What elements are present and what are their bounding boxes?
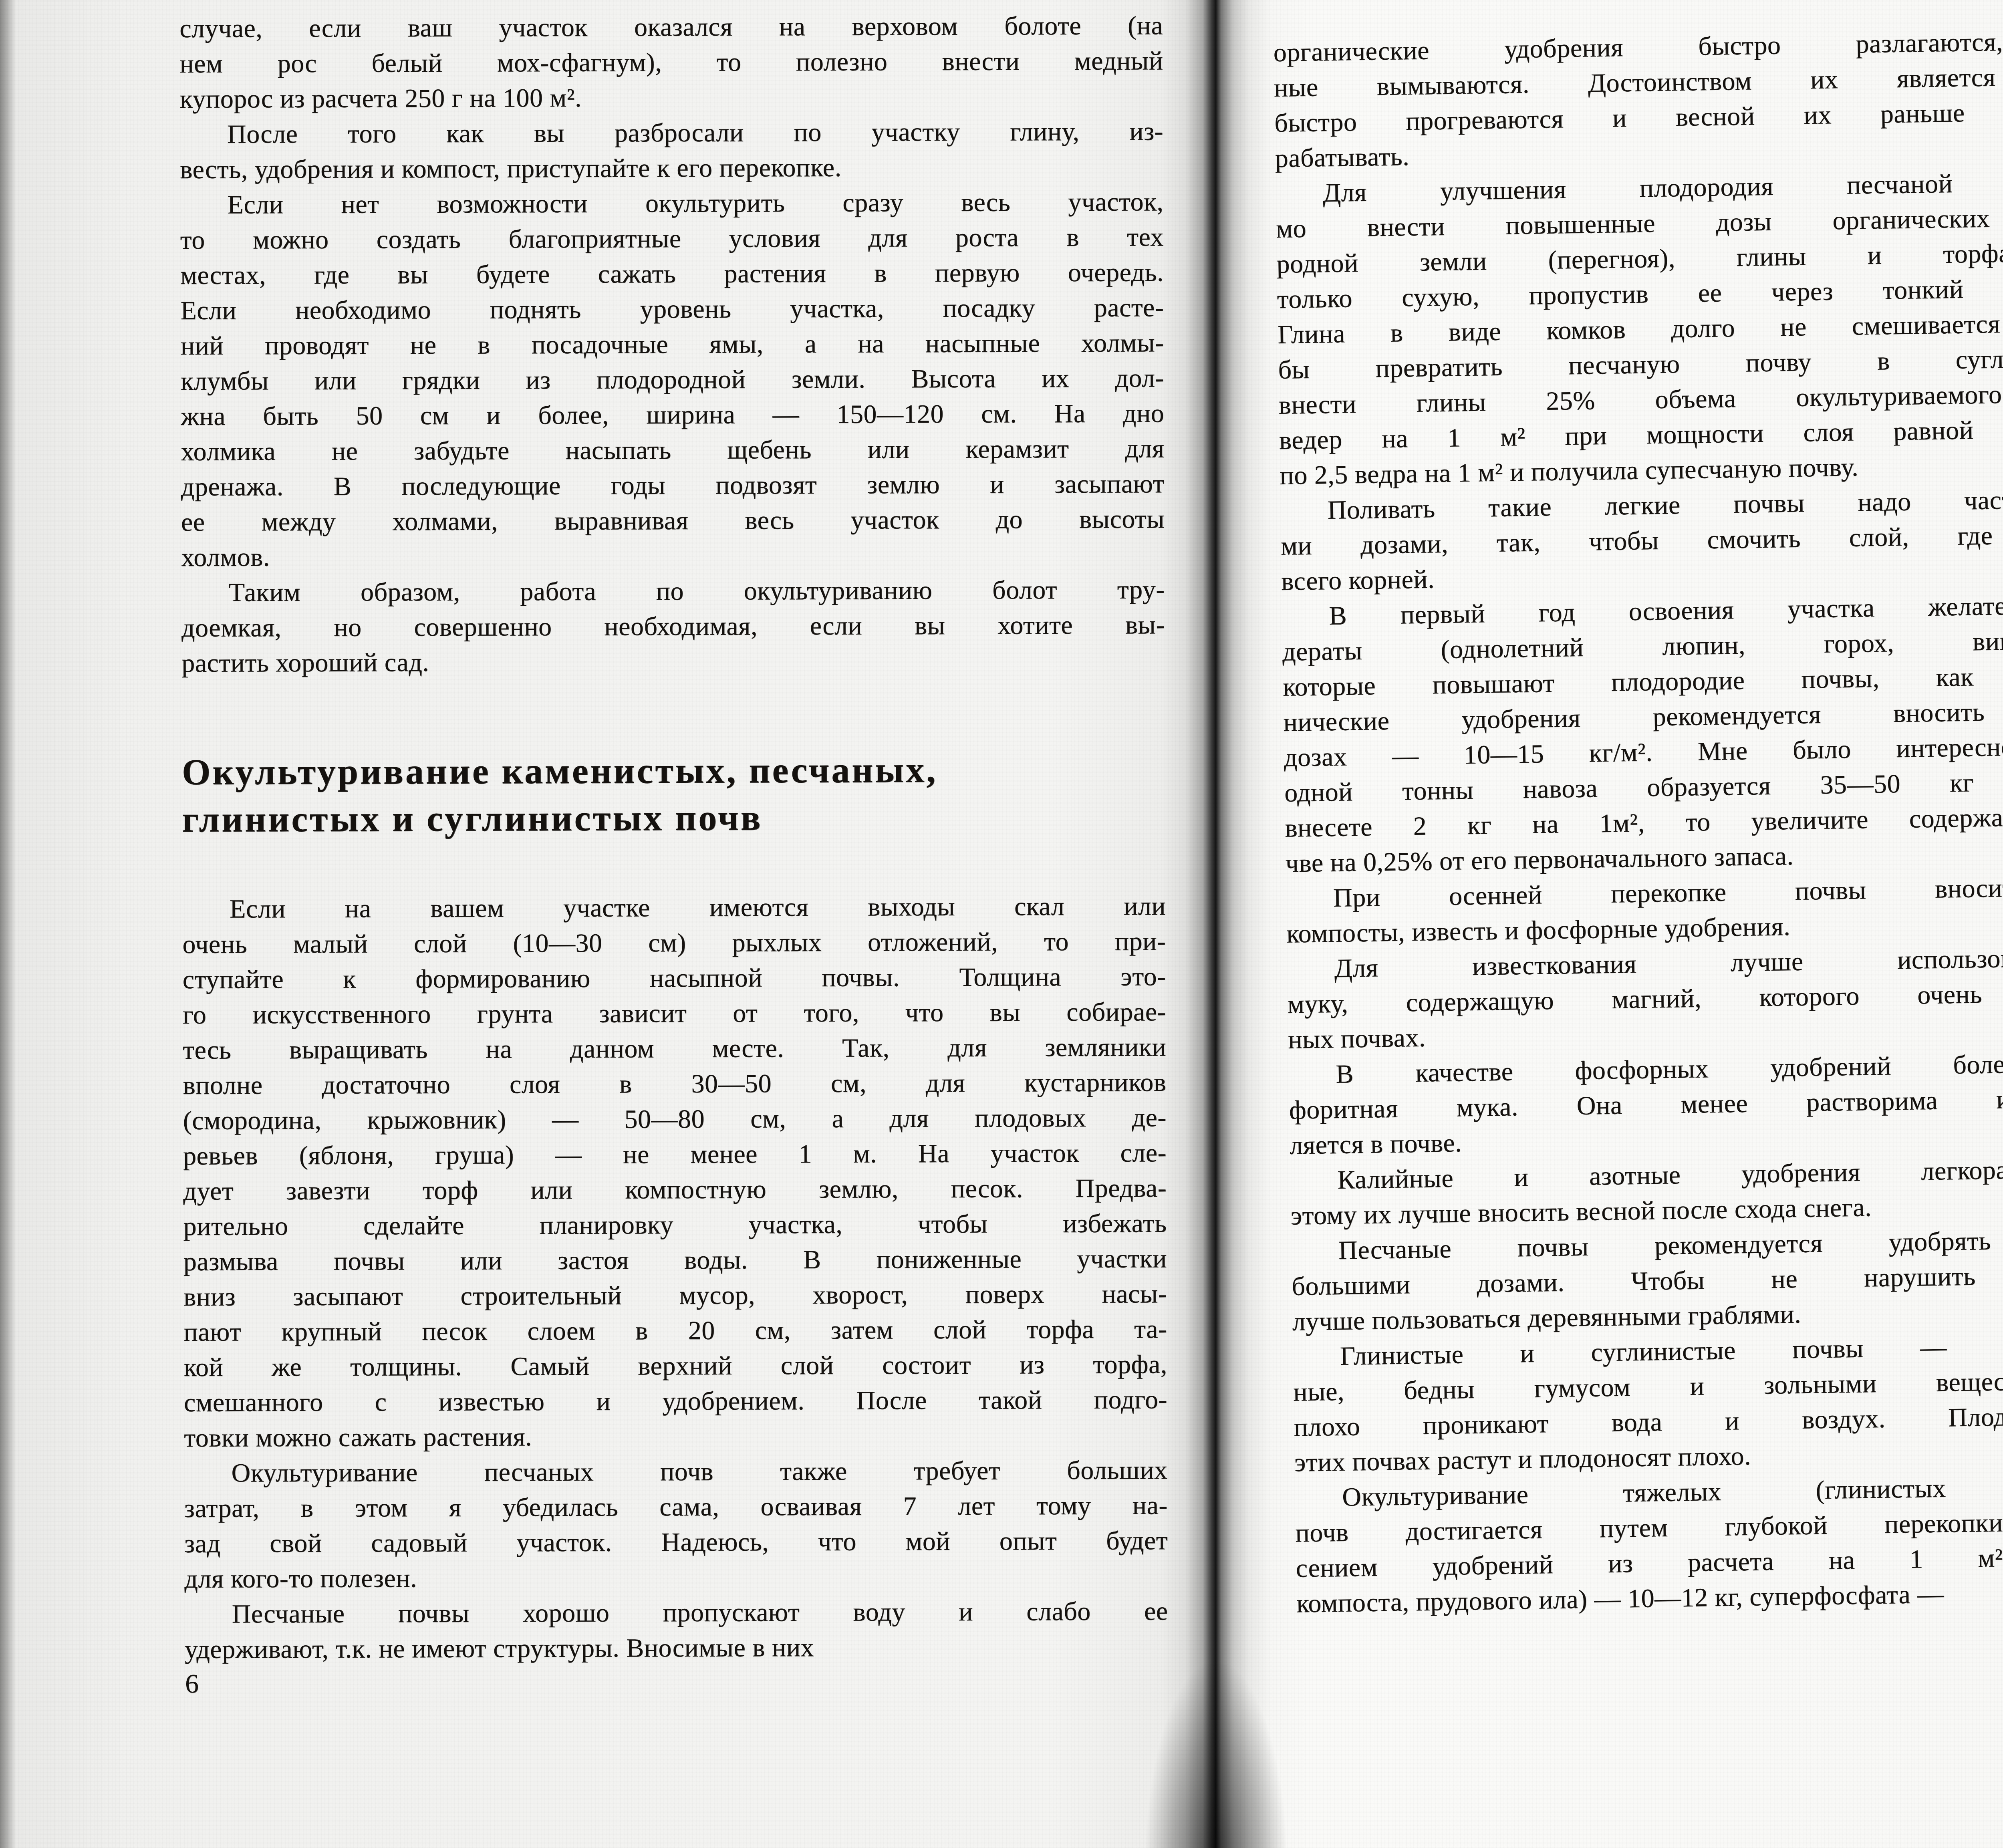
text-line: Окультуривание песчаных почв также требу… <box>184 1453 1167 1491</box>
text-line: товки можно сажать растения. <box>184 1417 1167 1456</box>
text-line: холмов. <box>181 537 1165 575</box>
text-line: весть, удобрения и компост, приступайте … <box>180 149 1163 187</box>
text-line: тесь выращивать на данном месте. Так, дл… <box>183 1030 1166 1068</box>
text-line: го искусственного грунта зависит от того… <box>183 994 1166 1033</box>
text-line: растить хороший сад. <box>181 643 1165 681</box>
text-line: (смородина, крыжовник) — 50—80 см, а для… <box>183 1100 1167 1139</box>
text-line: ее между холмами, выравнивая весь участо… <box>181 502 1165 540</box>
text-line: глинистых и суглинистых почв <box>182 792 1165 843</box>
text-line: нем рос белый мох-сфагнум), то полезно в… <box>179 43 1163 82</box>
text-line: Таким образом, работа по окультуриванию … <box>181 572 1165 611</box>
paragraph: Песчаные почвы рекомендуется удобрять ча… <box>1291 1219 2003 1339</box>
text-line: для кого-то полезен. <box>184 1558 1168 1597</box>
text-line: После того как вы разбросали по участку … <box>180 114 1163 152</box>
paragraph: Окультуривание песчаных почв также требу… <box>184 1453 1168 1597</box>
text-line: дует завезти торф или компостную землю, … <box>183 1171 1167 1209</box>
text-line: доемкая, но совершенно необходимая, если… <box>181 607 1165 646</box>
text-line: Если на вашем участке имеются выходы ска… <box>182 889 1166 927</box>
text-line: жна быть 50 см и более, ширина — 150—120… <box>181 396 1164 434</box>
text-line: ступайте к формированию насыпной почвы. … <box>182 959 1166 998</box>
text-line: вполне достаточно слоя в 30—50 см, для к… <box>183 1065 1166 1103</box>
paragraph: В качестве фосфорных удобрений более при… <box>1288 1042 2003 1163</box>
section-heading: Окультуривание каменистых, песчаных,глин… <box>182 745 1166 843</box>
text-line: ний проводят не в посадочные ямы, а на н… <box>180 325 1164 364</box>
paragraph: Окультуривание тяжелых (глинистых и сугл… <box>1295 1465 2003 1621</box>
paragraph: Для улучшения плодородия песчаной почвы … <box>1275 161 2003 494</box>
page-left: случае, если ваш участок оказался на вер… <box>179 8 1168 1667</box>
text-line: очень малый слой (10—30 см) рыхлых отлож… <box>182 924 1166 962</box>
paragraph: В первый год освоения участка желательно… <box>1282 584 2003 881</box>
text-line: рительно сделайте планировку участка, чт… <box>183 1206 1167 1244</box>
text-line: Окультуривание каменистых, песчаных, <box>182 745 1165 796</box>
scan-edge-shadow <box>0 0 16 1848</box>
text-line: Песчаные почвы хорошо пропускают воду и … <box>184 1594 1168 1632</box>
text-line: кой же толщины. Самый верхний слой состо… <box>183 1347 1167 1385</box>
paragraph: Для известкования лучше использовать дол… <box>1287 937 2003 1057</box>
text-line: вниз засыпают строительный мусор, хворос… <box>183 1276 1167 1315</box>
paragraph: Если на вашем участке имеются выходы ска… <box>182 889 1167 1456</box>
text-line: пают крупный песок слоем в 20 см, затем … <box>183 1312 1167 1350</box>
paragraph: Поливать такие легкие почвы надо часто, … <box>1280 478 2003 599</box>
text-line: Если нет возможности окультурить сразу в… <box>180 184 1163 223</box>
text-line: затрат, в этом я убедилась сама, осваива… <box>184 1488 1168 1526</box>
text-line: ревьев (яблоня, груша) — не менее 1 м. Н… <box>183 1135 1167 1174</box>
text-line: смешанного с известью и удобрением. Посл… <box>184 1382 1167 1421</box>
text-line: купорос из расчета 250 г на 100 м². <box>180 79 1163 117</box>
paragraph: органические удобрения быстро разлагаютс… <box>1273 20 2003 176</box>
book-gutter-shadow <box>1162 0 1270 1848</box>
page-right: органические удобрения быстро разлагаютс… <box>1273 20 2003 1622</box>
text-line: клумбы или грядки из плодородной земли. … <box>181 361 1164 399</box>
text-line: то можно создать благоприятные условия д… <box>180 220 1164 258</box>
paragraph: Если нет возможности окультурить сразу в… <box>180 184 1165 575</box>
text-line: Если необходимо поднять уровень участка,… <box>180 290 1164 328</box>
text-line: случае, если ваш участок оказался на вер… <box>179 8 1163 46</box>
page-number-left: 6 <box>185 1670 199 1697</box>
paragraph: случае, если ваш участок оказался на вер… <box>179 8 1163 117</box>
paragraph: После того как вы разбросали по участку … <box>180 114 1164 187</box>
book-scan: случае, если ваш участок оказался на вер… <box>0 0 2003 1848</box>
text-line: холмика не забудьте насыпать щебень или … <box>181 431 1164 470</box>
paragraph: Глинистые и суглинистые почвы — тяжелые … <box>1292 1324 2003 1480</box>
text-line: удерживают, т.к. не имеют структуры. Вно… <box>185 1629 1168 1667</box>
text-line: местах, где вы будете сажать растения в … <box>180 255 1164 293</box>
text-line: размыва почвы или застоя воды. В понижен… <box>183 1241 1167 1280</box>
text-line: дренажа. В последующие годы подвозят зем… <box>181 466 1165 505</box>
text-line: зад свой садовый участок. Надеюсь, что м… <box>184 1523 1168 1562</box>
paragraph: Песчаные почвы хорошо пропускают воду и … <box>184 1594 1168 1667</box>
paragraph: Таким образом, работа по окультуриванию … <box>181 572 1165 681</box>
